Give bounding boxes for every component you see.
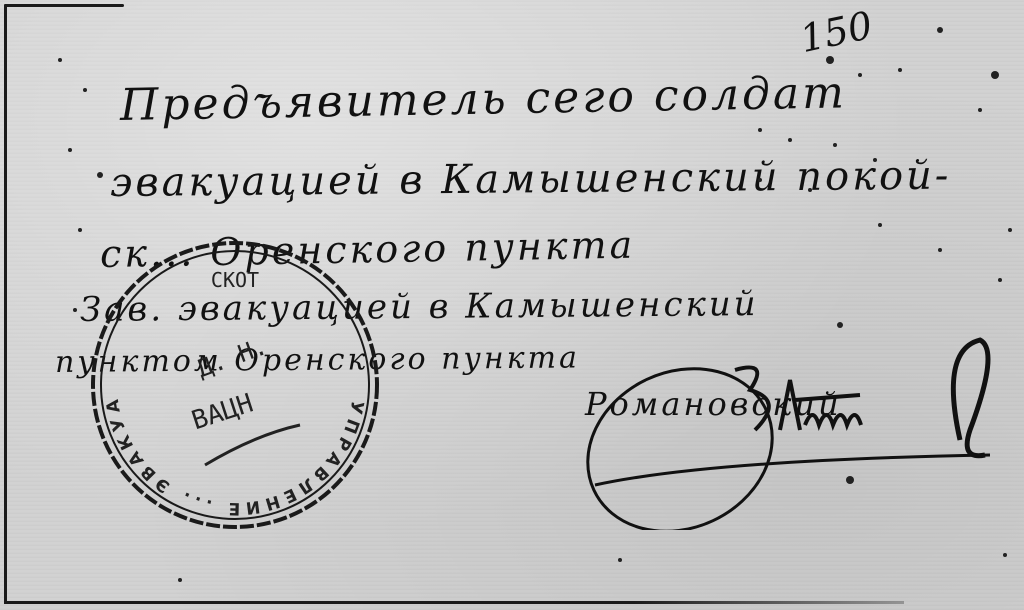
stamp-middle-text: Д. Н. (194, 332, 271, 383)
document-border-top (4, 4, 124, 7)
stamp-top-text: СКОТ (211, 268, 259, 292)
signature: Зотин (560, 330, 1020, 530)
document-border-bottom (4, 601, 904, 604)
handwritten-line-2: эвакуацией в Камышенский покой- (110, 153, 952, 206)
handwritten-line-1: Предъявитель сего солдат (120, 67, 848, 131)
page-number: 150 (796, 3, 876, 61)
official-stamp: УПРАВЛЕНИЕ ... ЭВАКУАЦИОННОГО ПУНКТА СКО… (85, 235, 385, 535)
document-border-left (4, 4, 7, 604)
stamp-center-text: ВАЦН (188, 388, 257, 436)
scanned-document: 150 Предъявитель сего солдат эвакуацией … (0, 0, 1024, 610)
